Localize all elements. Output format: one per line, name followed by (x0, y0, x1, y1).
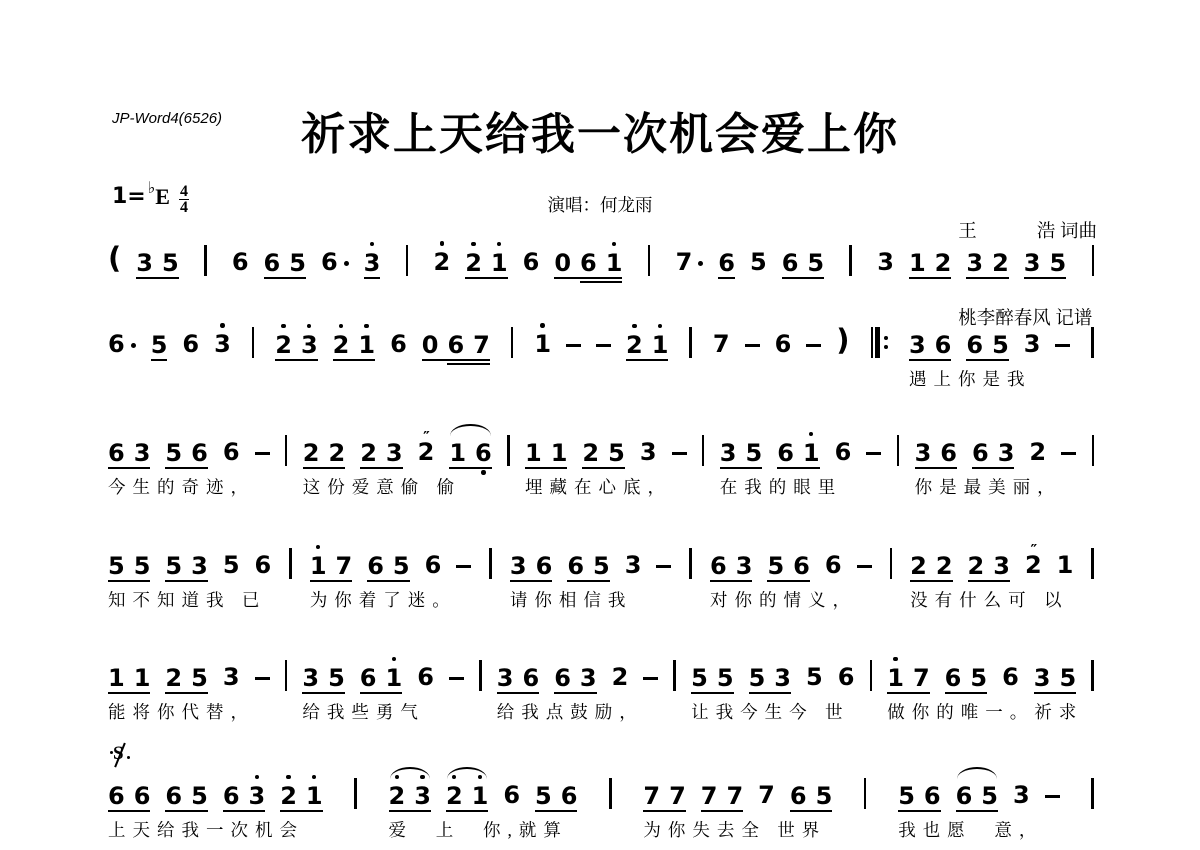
beam-group: 23 (275, 333, 317, 361)
measure: 11253能将你代替， (108, 653, 270, 689)
note-number: 7 (713, 332, 730, 356)
beam-group: 56 (898, 784, 940, 812)
note: 5 (608, 441, 625, 465)
high-octave-dot (452, 775, 457, 780)
notes-row: 11253 (525, 428, 687, 464)
high-octave-dot (497, 242, 502, 247)
note: 6 (782, 251, 799, 275)
note-number: 3 (993, 554, 1010, 578)
note: 6 (523, 250, 540, 274)
measure: 2216061 (434, 238, 623, 274)
note-number: 7 (473, 333, 490, 357)
note: 3 (510, 554, 527, 578)
note-number: 2 (465, 251, 482, 275)
note-number: 2 (936, 554, 953, 578)
beam-group: 55 (108, 554, 150, 582)
notes-row: 6563 (108, 320, 231, 356)
note-number: 3 (774, 666, 791, 690)
note: 6 (134, 784, 151, 808)
high-octave-dot (316, 545, 321, 550)
parenthesis: ( (108, 244, 121, 273)
note-number: 6 (182, 332, 199, 356)
high-octave-dot (658, 324, 663, 329)
note: 1 (358, 333, 375, 357)
note: 6 (321, 250, 349, 274)
note-number: 6 (475, 441, 492, 465)
note-number: 5 (165, 441, 182, 465)
note: 5 (981, 784, 998, 808)
note-number: 3 (223, 665, 240, 689)
note: 1 (909, 251, 926, 275)
lyric-text: 给我点鼓励， (497, 699, 644, 723)
note-number: 5 (1059, 666, 1076, 690)
beam-group-slur: 65 (956, 784, 998, 812)
note-number: 6 (425, 553, 442, 577)
lyric-text: 埋藏在心底， (525, 474, 672, 498)
note-number: 5 (191, 784, 208, 808)
measure: 35616在我的眼里 (720, 428, 882, 464)
high-octave-dot (540, 323, 545, 328)
measure: 66656321上天给我一次机会 (108, 771, 323, 807)
notes-row: 7777765 (643, 771, 832, 807)
note: 6 (191, 441, 208, 465)
barline (1091, 778, 1094, 809)
note-number: 5 (608, 441, 625, 465)
note-number: 6 (503, 783, 520, 807)
dash-note (255, 677, 270, 681)
barline (204, 245, 207, 276)
note: 2 (434, 250, 451, 274)
beam-group: 35 (302, 666, 344, 694)
note-number: 7 (758, 783, 775, 807)
beam-group: 11 (525, 441, 567, 469)
note-number: 6 (782, 251, 799, 275)
notes-row: 36632 (497, 653, 659, 689)
note: 5 (970, 666, 987, 690)
high-octave-dot (307, 324, 312, 329)
note: 1 (472, 784, 489, 808)
repeat-start-barline (871, 327, 889, 358)
measure: 6563 (108, 320, 231, 356)
beam-group: 63 (108, 441, 150, 469)
note: 2 (333, 333, 350, 357)
note: 5 (807, 251, 824, 275)
barline (479, 660, 482, 691)
note-number: 7 (669, 784, 686, 808)
beam-group: 65 (945, 666, 987, 694)
beam-group: 56 (535, 784, 577, 812)
note-number: 7 (913, 666, 930, 690)
note-number: 5 (593, 554, 610, 578)
beam-group: 65 (567, 554, 609, 582)
note: 6 (940, 441, 957, 465)
note-number: 5 (165, 554, 182, 578)
note-number: 3 (249, 784, 266, 808)
note: 6 (718, 251, 735, 275)
beam-group: 22 (303, 441, 345, 469)
note: 3 (625, 553, 642, 577)
beam-group: 61 (777, 441, 819, 469)
note-number: 5 (807, 251, 824, 275)
measure: 17656为你着了迷。 (310, 541, 472, 577)
note: 7 (913, 666, 930, 690)
note-number: 3 (720, 441, 737, 465)
note: 5 (328, 666, 345, 690)
note: 2″ (1025, 553, 1042, 577)
note-number: 5 (806, 665, 823, 689)
note-number: 1 (134, 666, 151, 690)
lyric-text: 为你着了迷。 (310, 587, 457, 611)
high-octave-dot (286, 775, 291, 780)
beam-group: 17 (310, 554, 352, 582)
augmentation-dot (344, 261, 349, 266)
note-number: 6 (793, 554, 810, 578)
beam-group: 36 (915, 441, 957, 469)
notes-row: 22232″16 (303, 428, 492, 464)
note: 2 (389, 784, 406, 808)
note: 3 (301, 333, 318, 357)
beam-group: 061 (554, 251, 622, 279)
dash-note (745, 344, 760, 348)
notes-row: 555356 (108, 541, 271, 577)
note-number: 7 (726, 784, 743, 808)
note: 1 (803, 441, 820, 465)
beam-group: 21 (333, 333, 375, 361)
note: 2 (935, 251, 952, 275)
note: 6 (417, 665, 434, 689)
lyric-text: 知不知道我 已 (108, 587, 266, 611)
beam-group: 21 (280, 784, 322, 812)
beam-group: 35 (1024, 251, 1066, 279)
barline (870, 660, 873, 691)
note: 3 (1024, 332, 1041, 356)
note-number: 6 (972, 441, 989, 465)
note-number: 3 (134, 441, 151, 465)
note: 6 (390, 332, 407, 356)
repeat-dots (884, 336, 888, 349)
note: 5 (162, 251, 179, 275)
measure: 3123235 (877, 238, 1066, 274)
note-number: 2 (434, 250, 451, 274)
note-number: 6 (264, 251, 281, 275)
note-number: 6 (567, 554, 584, 578)
lyric-text: 遇上你是我 (909, 366, 1032, 390)
beam-group-slur: 16 (449, 441, 491, 469)
note-number: 5 (1049, 251, 1066, 275)
note: 6 (580, 251, 597, 275)
note: 0 (422, 333, 439, 357)
note: 5 (1049, 251, 1066, 275)
note: 3 (249, 784, 266, 808)
note: 3 (580, 666, 597, 690)
note-number: 6 (777, 441, 794, 465)
note-number: 2 (968, 554, 985, 578)
notes-row: 555356 (691, 653, 854, 689)
note-number: 1 (306, 784, 323, 808)
barline (1091, 660, 1094, 691)
parenthesis: ) (836, 326, 849, 355)
note: 3 (998, 441, 1015, 465)
note: 1 (134, 666, 151, 690)
note-number: 1 (108, 666, 125, 690)
note: 5 (816, 784, 833, 808)
beam-group: 36 (510, 554, 552, 582)
measure: 76565 (676, 238, 825, 274)
measure: 36632你是最美丽， (915, 428, 1077, 464)
measure: (35 (108, 238, 179, 274)
note-number: 1 (887, 666, 904, 690)
note-number: 1 (909, 251, 926, 275)
note-number: 2 (329, 441, 346, 465)
notes-row: 36653 (510, 541, 672, 577)
note: 2 (303, 441, 320, 465)
beam-group: 067 (422, 333, 490, 361)
note-number: 6 (223, 784, 240, 808)
high-octave-dot (395, 775, 400, 780)
note: 5 (393, 554, 410, 578)
augmentation-dot (131, 343, 136, 348)
augmentation-dot (698, 261, 703, 266)
note-number: 6 (232, 250, 249, 274)
barline (673, 660, 676, 691)
notes-row: 63566 (710, 541, 872, 577)
note-number: 5 (767, 554, 784, 578)
note: 7 (676, 250, 704, 274)
note: 2 (612, 665, 629, 689)
note-number: 6 (940, 441, 957, 465)
note: 5 (746, 441, 763, 465)
note-number: 5 (992, 333, 1009, 357)
beam-group: 56 (767, 554, 809, 582)
dash-note (255, 452, 270, 456)
lyric-text: 今生的奇迹， (108, 474, 255, 498)
dash-note (643, 677, 658, 681)
note-number: 5 (191, 666, 208, 690)
note: 6 (935, 333, 952, 357)
notes-row: 35616 (720, 428, 882, 464)
note-number: 6 (191, 441, 208, 465)
beam-group: 35 (720, 441, 762, 469)
note-number: 3 (877, 250, 894, 274)
note-number: 2 (446, 784, 463, 808)
measure: 36653请你相信我 (510, 541, 672, 577)
notes-row: 76) (713, 320, 850, 356)
note: 5 (691, 666, 708, 690)
notes-row: 17656 (310, 541, 472, 577)
high-octave-dot (255, 775, 260, 780)
note: 3 (1013, 783, 1030, 807)
note-number: 2 (992, 251, 1009, 275)
note: 3 (909, 333, 926, 357)
barline (489, 548, 492, 579)
beam-group: 77 (701, 784, 743, 812)
note: 7 (701, 784, 718, 808)
note: 7 (758, 783, 775, 807)
note-number: 2 (1029, 440, 1046, 464)
note: 2 (1029, 440, 1046, 464)
beam-group: 65 (782, 251, 824, 279)
note-number: 2 (389, 784, 406, 808)
note-number: 1 (449, 441, 466, 465)
note-number: 5 (970, 666, 987, 690)
notes-row: 35616 (302, 653, 464, 689)
notes-row: 11253 (108, 653, 270, 689)
measure: 7777765为你失去全 世界 (643, 771, 832, 807)
note: 6 (924, 784, 941, 808)
note: 3 (915, 441, 932, 465)
note-number: 1 (803, 441, 820, 465)
note-number: 6 (223, 440, 240, 464)
high-octave-dot (339, 324, 344, 329)
note: 5 (992, 333, 1009, 357)
note: 6 (710, 554, 727, 578)
measure: 63566今生的奇迹， (108, 428, 270, 464)
note-number: 7 (676, 250, 693, 274)
repeat-thin-bar (871, 327, 873, 358)
beam-group: 65 (966, 333, 1008, 361)
note: 5 (898, 784, 915, 808)
note-number: 6 (935, 333, 952, 357)
barline (648, 245, 651, 276)
notes-row: 36632 (915, 428, 1077, 464)
note: 5 (191, 666, 208, 690)
dash-note (866, 452, 881, 456)
note: 5 (535, 784, 552, 808)
note-number: 1 (534, 332, 551, 356)
note: 3 (497, 666, 514, 690)
beam-group: 63 (223, 784, 265, 812)
note-number: 2 (333, 333, 350, 357)
note: 2 (360, 441, 377, 465)
note: 3 (214, 332, 231, 356)
note-number: 5 (816, 784, 833, 808)
score-line: S66656321上天给我一次机会2321656爱 上 你,就算7777765为… (108, 771, 1094, 809)
beam-group: 6 (718, 251, 735, 279)
note-number: 3 (214, 332, 231, 356)
note: 6 (223, 784, 240, 808)
notes-row: 66656321 (108, 771, 323, 807)
beam-group: 63 (554, 666, 596, 694)
beam-group: 65 (264, 251, 306, 279)
segno-icon: S (111, 743, 128, 768)
measure: 11253埋藏在心底， (525, 428, 687, 464)
note-number: 6 (108, 441, 125, 465)
note-number: 5 (535, 784, 552, 808)
dash-note (456, 565, 471, 569)
note: 7 (643, 784, 660, 808)
note: 5 (223, 553, 240, 577)
note: 6 (108, 332, 136, 356)
note-number: 1 (472, 784, 489, 808)
lyric-text: 我也愿 意， (898, 817, 1043, 841)
note: 6 (567, 554, 584, 578)
high-octave-dot (281, 324, 286, 329)
note: 7 (473, 333, 490, 357)
note: 3 (774, 666, 791, 690)
barline (890, 548, 893, 579)
note-number: 5 (393, 554, 410, 578)
note: 2 (329, 441, 346, 465)
beam-group: 11 (108, 666, 150, 694)
beam-group: 35 (136, 251, 178, 279)
note: 2 (465, 251, 482, 275)
barline (1092, 245, 1095, 276)
beam-group: 21 (626, 333, 668, 361)
note: 2 (165, 666, 182, 690)
note: 6 (264, 251, 281, 275)
note-number: 6 (1002, 665, 1019, 689)
note: 3 (386, 441, 403, 465)
notes-row: 56653 (898, 771, 1060, 807)
measure: 36632给我点鼓励， (497, 653, 659, 689)
note: 3 (993, 554, 1010, 578)
beam-group: 17 (887, 666, 929, 694)
barline (689, 548, 692, 579)
note-number: 6 (447, 333, 464, 357)
note: 3 (640, 440, 657, 464)
note: 5 (593, 554, 610, 578)
barline (252, 327, 255, 358)
lyric-text: 能将你代替， (108, 699, 255, 723)
note: 5 (151, 333, 168, 357)
note: 1 (887, 666, 904, 690)
note: 6 (966, 333, 983, 357)
beam-group: 77 (643, 784, 685, 812)
note: 6 (367, 554, 384, 578)
repeat-dot (884, 336, 888, 340)
beam-group: 32 (966, 251, 1008, 279)
note: 5 (749, 666, 766, 690)
notes-row: 2216061 (434, 238, 623, 274)
high-octave-dot (392, 657, 397, 662)
score-line: (35665632216061765653123235 (108, 238, 1094, 276)
dash-note (806, 344, 821, 348)
dash-note (857, 565, 872, 569)
note: 6 (232, 250, 249, 274)
lyric-text: 爱 上 你,就算 (389, 817, 568, 841)
measure: 22232″16这份爱意偷 偷 (303, 428, 492, 464)
note-number: 6 (417, 665, 434, 689)
note-number: 5 (108, 554, 125, 578)
note-number: 6 (825, 553, 842, 577)
high-octave-dot (364, 324, 369, 329)
repeat-thick-bar (875, 327, 880, 358)
note: 7 (336, 554, 353, 578)
note-number: 6 (554, 666, 571, 690)
note-number: 6 (165, 784, 182, 808)
measure: 66563 (232, 238, 381, 274)
note-number: 6 (536, 554, 553, 578)
high-octave-dot (632, 324, 637, 329)
note-number: 3 (301, 333, 318, 357)
beam-group: 23 (968, 554, 1010, 582)
barline (406, 245, 409, 276)
beam-group-slur: 23 (389, 784, 431, 812)
note-number: 5 (717, 666, 734, 690)
note: 1 (1057, 553, 1074, 577)
dash-note (1055, 344, 1070, 348)
note-number: 6 (790, 784, 807, 808)
repeat-dot (884, 345, 888, 349)
notes-row: 1765635 (887, 653, 1076, 689)
note: 6 (503, 783, 520, 807)
score-line: 63566今生的奇迹，22232″16这份爱意偷 偷11253埋藏在心底，356… (108, 428, 1094, 466)
note: 6 (1002, 665, 1019, 689)
note: 6 (447, 333, 464, 357)
note: 2 (280, 784, 297, 808)
high-octave-dot (478, 775, 483, 780)
note: 2 (446, 784, 463, 808)
